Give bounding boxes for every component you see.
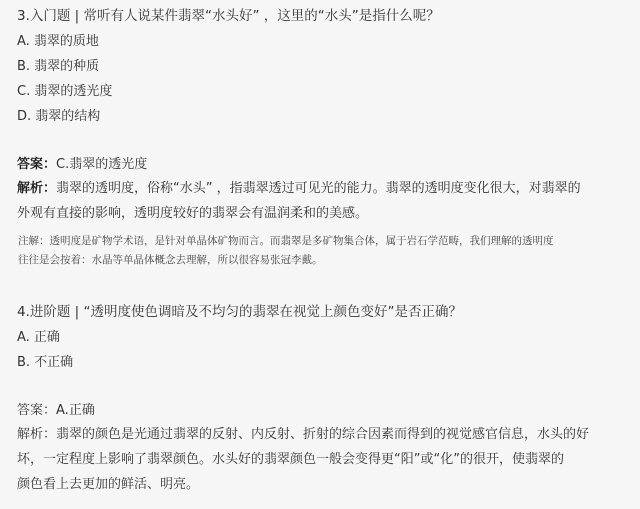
answer-value: A.正确 (56, 403, 95, 418)
option-a: A. 翡翠的质地 (17, 32, 99, 52)
analysis-label: 解析： (17, 181, 56, 196)
analysis-line-2: 坏，一定程度上影响了翡翠颜色。水头好的翡翠颜色一般会变得更“阳”或“化”的很开，… (17, 450, 564, 470)
analysis-label: 解析： (17, 427, 56, 442)
option-b: B. 翡翠的种质 (17, 57, 99, 77)
quiz-page: 3.入门题 | 常听有人说某件翡翠“水头好” ，这里的“水头”是指什么呢？ A.… (0, 0, 640, 509)
analysis-text: 翡翠的透明度，俗称“水头” ，指翡翠透过可见光的能力。翡翠的透明度变化很大，对翡… (56, 181, 581, 196)
note-line-1: 注解：透明度是矿物学术语，是针对单晶体矿物而言。而翡翠是多矿物集合体，属于岩石学… (18, 232, 554, 250)
analysis-line-1: 解析：翡翠的颜色是光通过翡翠的反射、内反射、折射的综合因素而得到的视觉感官信息，… (17, 425, 589, 445)
answer: 答案：C.翡翠的透光度 (17, 155, 147, 175)
option-c: C. 翡翠的透光度 (17, 82, 112, 102)
analysis-line-1: 解析：翡翠的透明度，俗称“水头” ，指翡翠透过可见光的能力。翡翠的透明度变化很大… (17, 179, 581, 199)
analysis-line-3: 颜色看上去更加的鲜活、明亮。 (17, 475, 199, 495)
answer-value: C.翡翠的透光度 (56, 157, 147, 172)
question-title: 4.进阶题 | “透明度使色调暗及不均匀的翡翠在视觉上颜色变好”是否正确？ (17, 302, 462, 322)
analysis-text: 翡翠的颜色是光通过翡翠的反射、内反射、折射的综合因素而得到的视觉感官信息，水头的… (56, 427, 589, 442)
answer-label: 答案： (17, 157, 56, 172)
analysis-line-2: 外观有直接的影响，透明度较好的翡翠会有温润柔和的美感。 (17, 204, 368, 224)
note-line-2: 往往是会按着：水晶等单晶体概念去理解，所以很容易张冠李戴。 (18, 251, 323, 269)
answer: 答案：A.正确 (17, 401, 95, 421)
answer-label: 答案： (17, 403, 56, 418)
question-title: 3.入门题 | 常听有人说某件翡翠“水头好” ，这里的“水头”是指什么呢？ (17, 6, 440, 26)
option-b: B. 不正确 (17, 353, 73, 373)
option-a: A. 正确 (17, 328, 60, 348)
option-d: D. 翡翠的结构 (17, 107, 100, 127)
